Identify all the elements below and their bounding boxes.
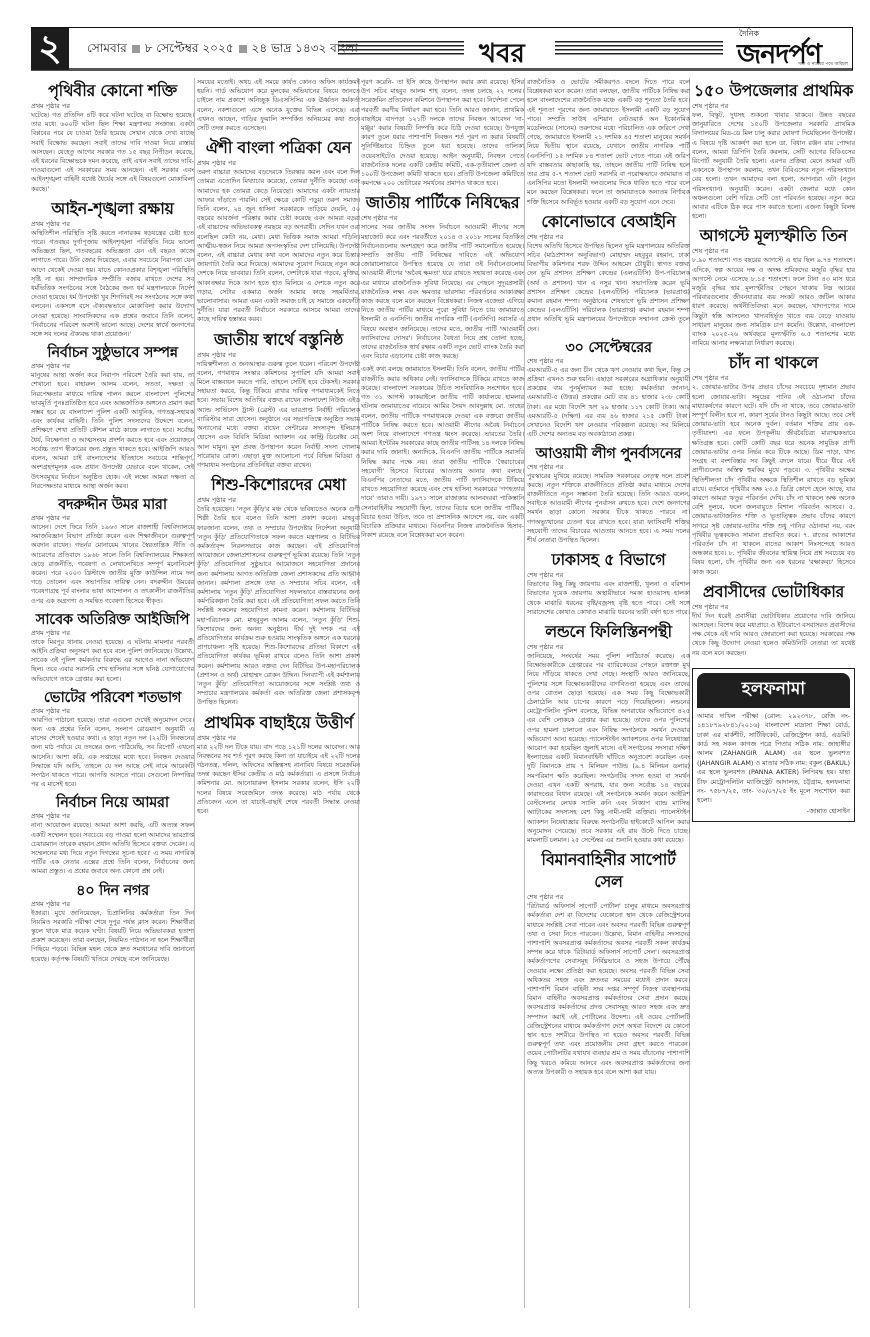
headline[interactable]: আগস্টে মূল্যস্ফীতি তিন (692, 225, 855, 247)
separator-square-icon (132, 45, 140, 53)
jump-line: শেষ পৃষ্ঠার পর (527, 463, 690, 472)
jump-line: প্রথম পৃষ্ঠার পর (31, 220, 194, 229)
story-ain-shrinkhola[interactable]: আইন-শৃঙ্খলা রক্ষায় প্রথম পৃষ্ঠার পর অস্… (31, 198, 194, 339)
story-body: তৈরি হয়েছেন। 'নতুন কুঁড়ি'র মঞ্চ থেকে ভ… (197, 505, 360, 707)
headline[interactable]: জাতীয় স্বার্থে বস্তুনিষ্ঠ (197, 329, 360, 351)
story-jatiyo-swarthe[interactable]: জাতীয় স্বার্থে বস্তুনিষ্ঠ প্রথম পৃষ্ঠার… (197, 329, 360, 470)
story-body: এমআরটি-৫ এর জন্য চীন থেকে ঋণ নেওয়ার কথা… (527, 366, 690, 440)
page-masthead: ২ সোমবার৮ সেপ্টেম্বর ২০২৫২৪ ভাদ্র ১৪৩২ ব… (31, 27, 853, 71)
story-body: আরপিও পাঠানো হয়েছে। তারা এগুলো দেখেই অন… (31, 716, 194, 790)
story-body: পুরস্কারের মুখিয়ে রয়েছে। সামরিক সরকারে… (527, 472, 690, 546)
story-probashi-votadhikar[interactable]: প্রবাসীদের ভোটাধিকার শেষ পৃষ্ঠার পর দীর্… (692, 581, 855, 658)
story-body: একই কথা বলছে জামায়াতে ইসলামী। তিনি বলেন… (361, 365, 524, 540)
story-sabek-atirikto-igp[interactable]: সাবেক অতিরিক্ত আইজিপি প্রথম পৃষ্ঠার পর ত… (31, 610, 194, 684)
jump-line: শেষ পৃষ্ঠার পর (527, 357, 690, 366)
story-continuation[interactable]: সময়ের মতোই। অথচ এই সময়ে কার্যত কোনও অফ… (197, 78, 360, 133)
newspaper-logo[interactable]: দৈনিক জনদর্পণ সত্য ও ন্যায়ের পথে অবিচল (733, 28, 853, 70)
jump-line: শেষ পৃষ্ঠার পর (692, 603, 855, 612)
headline[interactable]: আওয়ামী লীগ পুনর্বাসনের (527, 444, 690, 463)
story-body: ঘটেছে। গত প্রতিদিন ৪টি করে ঘটনা ঘটেছে বা… (31, 111, 194, 194)
jump-line: প্রথম পৃষ্ঠার পর (197, 734, 360, 743)
dateline: সোমবার৮ সেপ্টেম্বর ২০২৫২৪ ভাদ্র ১৪৩২ বাং… (87, 40, 358, 60)
story-body: ফল, বিস্কুট, দুধসহ শুকনো খাবার থাকবে। উন… (692, 111, 855, 221)
story-40-din-nagar[interactable]: ৪০ দিন নগর প্রথম পৃষ্ঠার পর ইজারা। মুখে … (31, 881, 194, 964)
headline[interactable]: পৃথিবীর কোনো শক্তি (31, 80, 194, 102)
jump-line: শেষ পৃষ্ঠার পর (361, 214, 524, 223)
story-badruddin-umar[interactable]: বদরুদ্দীন উমর মারা প্রথম পৃষ্ঠার পর আসেন… (31, 495, 194, 606)
story-body: মানুষের আস্থা অর্জন করে নিরাপদ পরিবেশ তৈ… (31, 371, 194, 491)
jump-line: শেষ পৃষ্ঠার পর (527, 233, 690, 242)
story-konobhabe-beaini[interactable]: কোনোভাবে বেআইনি শেষ পৃষ্ঠার পর বিশেষ অতি… (527, 211, 690, 334)
separator-square-icon (239, 45, 247, 53)
jump-line: শেষ পৃষ্ঠার পর (527, 571, 690, 580)
headline[interactable]: বদরুদ্দীন উমর মারা (31, 495, 194, 514)
headline[interactable]: ৩০ সেপ্টেম্বরের (527, 338, 690, 357)
jump-line: প্রথম পৃষ্ঠার পর (197, 496, 360, 505)
story-body: তরুণ বাচ্চারা আমাদের বড়দেরকে তিরস্কার ক… (197, 168, 360, 324)
jump-line: শেষ পৃষ্ঠার পর (527, 643, 690, 652)
story-body: বিভাগের কিছু কিছু জায়গায় এবং রাজশাহী, … (527, 580, 690, 617)
story-dhakasaho-5-bibhag[interactable]: ঢাকাসহ ৫ বিভাগে শেষ পৃষ্ঠার পর বিভাগের ক… (527, 549, 690, 617)
story-shishu-kishor[interactable]: শিশু-কিশোরদের মেধা প্রথম পৃষ্ঠার পর তৈরি… (197, 474, 360, 707)
story-body: ২. জোয়ার-ভাটার উপর প্রভাব চাঁদের সবচেয়… (692, 383, 855, 576)
affidavit-body: আমার দাখিল পরীক্ষা (রোল: ২৯২৩৭৮, রেজি নং… (697, 712, 850, 806)
headline[interactable]: শিশু-কিশোরদের মেধা (197, 474, 360, 496)
column-divider (194, 78, 195, 1308)
jump-line: শেষ পৃষ্ঠার পর (692, 102, 855, 111)
affidavit-title: হলফনামা (697, 673, 850, 708)
headline[interactable]: ভোটের পরিবেশ শতভাগ (31, 688, 194, 707)
logo-name: জনদর্পণ (737, 34, 821, 79)
story-body: জানিয়েছে, সংঘর্ষের সময় পুলিশ লাঠিচার্জ… (527, 652, 690, 845)
headline[interactable]: বিমানবাহিনীর সাপোর্ট সেল (527, 849, 690, 893)
jump-line: শেষ পৃষ্ঠার পর (692, 247, 855, 256)
column-1: পৃথিবীর কোনো শক্তি প্রথম পৃষ্ঠার পর ঘটেছ… (31, 78, 194, 968)
headline[interactable]: আইন-শৃঙ্খলা রক্ষায় (31, 198, 194, 220)
story-150-upazila[interactable]: ১৫০ উপজেলার প্রাথমিক শেষ পৃষ্ঠার পর ফল, … (692, 80, 855, 221)
affidavit-notice[interactable]: হলফনামা আমার দাখিল পরীক্ষা (রোল: ২৯২৩৭৮,… (692, 668, 855, 822)
story-body: ইজারা। মুখে জানিয়েছেন, চিপ্রালিনির কর্ম… (31, 909, 194, 964)
story-body: রাজনৈতিক ও ভোটের সমীকরণও বদলে দিতে পারে … (527, 78, 690, 207)
story-body: বিশেষ অতিথি হিসেবে উপস্থিত ছিলেন ভূমি মন… (527, 242, 690, 334)
story-body: ৮.৯০ শতাংশে। গত বছরের আগস্টে এ হার ছিল ৯… (692, 256, 855, 348)
jump-line: প্রথম পৃষ্ঠার পর (31, 514, 194, 523)
jump-line: প্রথম পৃষ্ঠার পর (31, 812, 194, 821)
story-prithibir-kono-shakti[interactable]: পৃথিবীর কোনো শক্তি প্রথম পৃষ্ঠার পর ঘটেছ… (31, 80, 194, 194)
story-prathomik-bachai[interactable]: প্রাথমিক বাছাইয়ে উত্তীর্ণ প্রথম পৃষ্ঠার… (197, 712, 360, 817)
story-jatiyo-party-nishiddho[interactable]: জাতীয় পার্টিকে নিষিদ্ধের শেষ পৃষ্ঠার পর… (361, 192, 524, 361)
story-body: নানা আয়োজন রয়েছে। আমরা আশা করছি, এটি অ… (31, 821, 194, 876)
headline[interactable]: নির্বাচন সুষ্ঠুভাবে সম্পন্ন (31, 343, 194, 362)
headline[interactable]: ঐশী বাংলা পত্রিকা যেন (197, 137, 360, 159)
story-continuation[interactable]: পূরণ করেনি- তা ইসি কাছে উপস্থাপন করার কথ… (361, 78, 524, 188)
section-title: খবর (479, 33, 525, 77)
story-body: দীর্ঘ দিন ধরেই প্রবাসীরা ভোটাধিকার প্রয়… (692, 612, 855, 658)
headline[interactable]: প্রবাসীদের ভোটাধিকার (692, 581, 855, 603)
column-2: সময়ের মতোই। অথচ এই সময়ে কার্যত কোনও অফ… (197, 78, 360, 820)
headline[interactable]: ৪০ দিন নগর (31, 881, 194, 900)
story-body: দায়িত্বশীলতা ও জনআস্থার গুরুত্ব তুলে ধর… (197, 360, 360, 470)
story-oishi-bangla[interactable]: ঐশী বাংলা পত্রিকা যেন প্রথম পৃষ্ঠার পর ত… (197, 137, 360, 324)
headline[interactable]: নির্বাচন নিয়ে আমরা (31, 793, 194, 812)
jump-line: প্রথম পৃষ্ঠার পর (31, 362, 194, 371)
affidavit-signature: -জান্নাত হোসাইন (697, 806, 850, 817)
page-number: ২ (31, 28, 69, 70)
jump-line: শেষ পৃষ্ঠার পর (527, 893, 690, 902)
story-continuation[interactable]: রাজনৈতিক ও ভোটের সমীকরণও বদলে দিতে পারে … (527, 78, 690, 207)
decorative-rules-left (338, 41, 464, 56)
day-label: সোমবার (87, 41, 127, 55)
column-4: রাজনৈতিক ও ভোটের সমীকরণও বদলে দিতে পারে … (527, 78, 690, 1081)
jump-line: প্রথম পৃষ্ঠার পর (31, 707, 194, 716)
jump-line: প্রথম পৃষ্ঠার পর (31, 102, 194, 111)
story-body: সালের সবর জাতীয় সংসদ নির্বাচনে আওয়ামী … (361, 223, 524, 361)
headline[interactable]: সাবেক অতিরিক্ত আইজিপি (31, 610, 194, 629)
headline[interactable]: প্রাথমিক বাছাইয়ে উত্তীর্ণ (197, 712, 360, 734)
story-august-inflation[interactable]: আগস্টে মূল্যস্ফীতি তিন শেষ পৃষ্ঠার পর ৮.… (692, 225, 855, 348)
story-awami-league[interactable]: আওয়ামী লীগ পুনর্বাসনের শেষ পৃষ্ঠার পর প… (527, 444, 690, 546)
story-body: আসেন। দেশে ফিরে তিনি ১৯৬৩ সালে রাজশাহী ব… (31, 523, 194, 606)
headline[interactable]: কোনোভাবে বেআইনি (527, 211, 690, 233)
story-30-september[interactable]: ৩০ সেপ্টেম্বরের শেষ পৃষ্ঠার পর এমআরটি-৫ … (527, 338, 690, 440)
story-continuation-2[interactable]: একই কথা বলছে জামায়াতে ইসলামী। তিনি বলেন… (361, 365, 524, 540)
jump-line: প্রথম পৃষ্ঠার পর (31, 629, 194, 638)
column-5: ১৫০ উপজেলার প্রাথমিক শেষ পৃষ্ঠার পর ফল, … (692, 78, 855, 822)
story-body: পূরণ করেনি- তা ইসি কাছে উপস্থাপন করার কথ… (361, 78, 524, 188)
story-body: মাত্র ২২টি দল টিকে যায়। বাদ পড়ে ১২১টি … (197, 743, 360, 817)
decorative-rules-right (555, 41, 723, 56)
story-body: 'রিটায়ার্ড অফিসার্স সাপোর্ট পোর্টাল' চা… (527, 902, 690, 1077)
story-body: তাকে মিরপুর থানায় নেওয়া হয়েছে। এ ঘটনা… (31, 638, 194, 684)
logo-tagline: সত্য ও ন্যায়ের পথে অবিচল (798, 61, 848, 68)
gregorian-date: ৮ সেপ্টেম্বর ২০২৫ (145, 41, 234, 55)
jump-line: প্রথম পৃষ্ঠার পর (31, 900, 194, 909)
story-nirbachon-sushthu[interactable]: নির্বাচন সুষ্ঠুভাবে সম্পন্ন প্রথম পৃষ্ঠা… (31, 343, 194, 491)
story-bimanbahini[interactable]: বিমানবাহিনীর সাপোর্ট সেল শেষ পৃষ্ঠার পর … (527, 849, 690, 1077)
story-body: সময়ের মতোই। অথচ এই সময়ে কার্যত কোনও অফ… (197, 78, 360, 133)
story-body: অস্থিতিশীল পরিস্থিতি সৃষ্টি করতে নানারকম… (31, 229, 194, 339)
jump-line: প্রথম পৃষ্ঠার পর (197, 351, 360, 360)
jump-line: প্রথম পৃষ্ঠার পর (197, 159, 360, 168)
headline[interactable]: ঢাকাসহ ৫ বিভাগে (527, 549, 690, 571)
story-voter-poribesh[interactable]: ভোটের পরিবেশ শতভাগ প্রথম পৃষ্ঠার পর আরপি… (31, 688, 194, 790)
story-chand-na-thakle[interactable]: চাঁদ না থাকলে শেষ পৃষ্ঠার পর ২. জোয়ার-ভ… (692, 352, 855, 576)
column-3: পূরণ করেনি- তা ইসি কাছে উপস্থাপন করার কথ… (361, 78, 524, 544)
headline[interactable]: চাঁদ না থাকলে (692, 352, 855, 374)
story-london-filistin[interactable]: লন্ডনে ফিলিস্তিনপন্থী শেষ পৃষ্ঠার পর জান… (527, 621, 690, 845)
column-divider (524, 78, 525, 1308)
headline[interactable]: ১৫০ উপজেলার প্রাথমিক (692, 80, 855, 102)
headline[interactable]: লন্ডনে ফিলিস্তিনপন্থী (527, 621, 690, 643)
headline[interactable]: জাতীয় পার্টিকে নিষিদ্ধের (361, 192, 524, 214)
jump-line: শেষ পৃষ্ঠার পর (692, 374, 855, 383)
story-nirbachon-niye-amra[interactable]: নির্বাচন নিয়ে আমরা প্রথম পৃষ্ঠার পর নান… (31, 793, 194, 876)
